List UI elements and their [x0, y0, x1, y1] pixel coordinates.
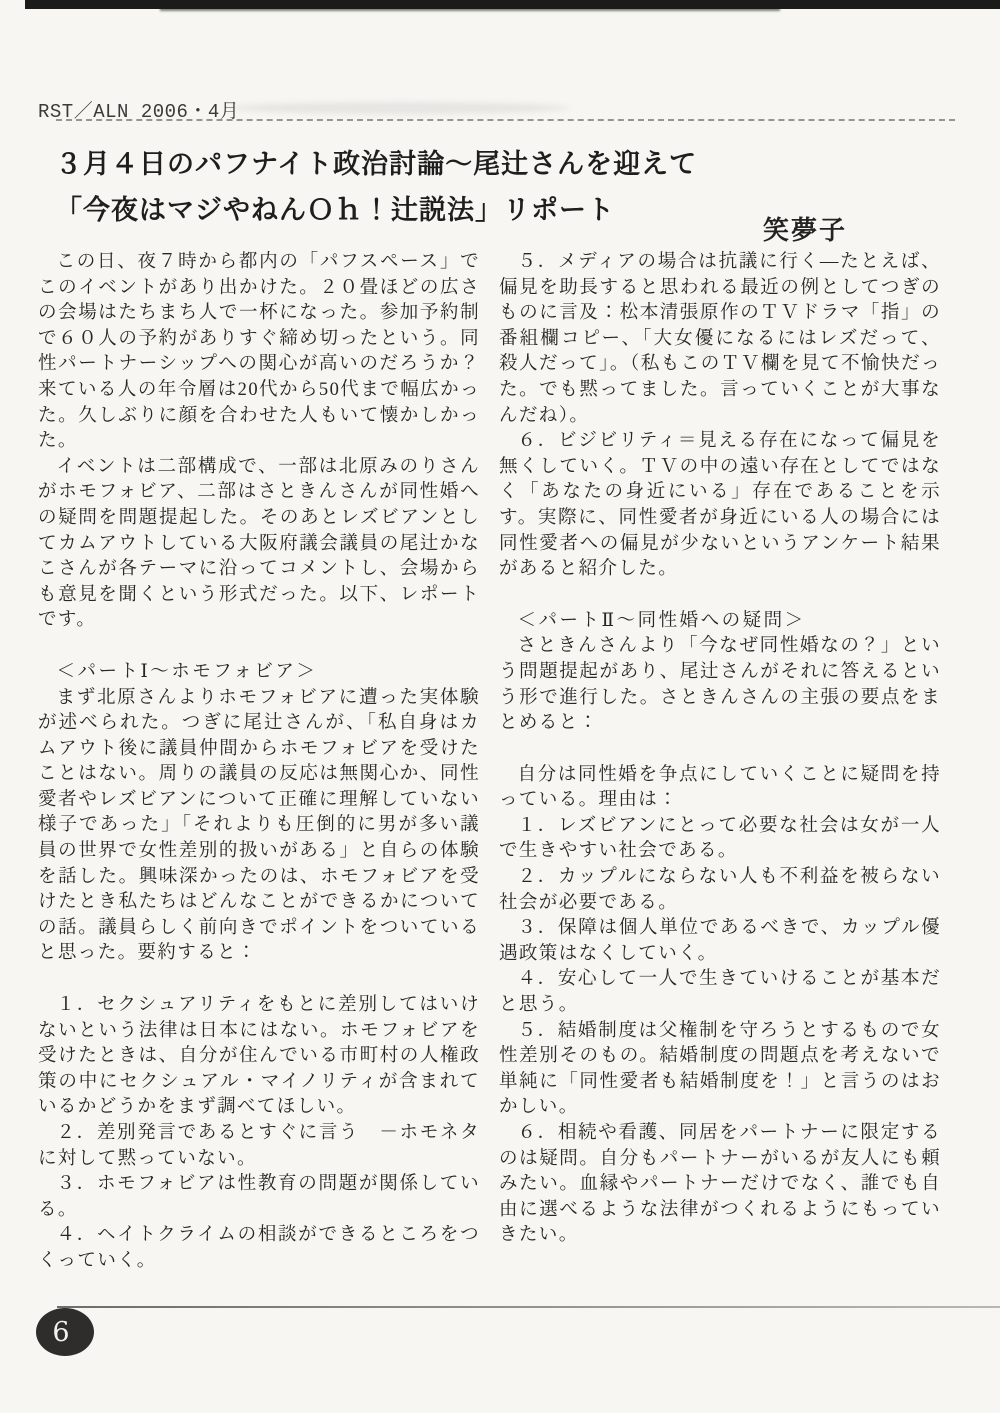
list-item: ５．結婚制度は父権制を守ろうとするもので女性差別そのもの。結婚制度の問題点を考え… [499, 1019, 941, 1121]
list-item: ２．差別発言であるとすぐに言う －ホモネタに対して黙っていない。 [38, 1121, 480, 1172]
list-item: ５．メディアの場合は抗議に行く―たとえば、偏見を助長すると思われる最近の例として… [499, 250, 941, 429]
paragraph: この日、夜７時から都内の「パフスペース」でこのイベントがあり出かけた。２０畳ほど… [38, 250, 480, 455]
left-column: この日、夜７時から都内の「パフスペース」でこのイベントがあり出かけた。２０畳ほど… [38, 250, 480, 1275]
article-title: ３月４日のパフナイト政治討論～尾辻さんを迎えて 「今夜はマジやねんＯｈ！辻説法」… [55, 141, 697, 233]
list-item: ３．ホモフォビアは性教育の問題が関係している。 [38, 1172, 480, 1223]
list-item: ４．ヘイトクライムの相談ができるところをつくっていく。 [38, 1223, 480, 1274]
paragraph: さときんさんより「今なぜ同性婚なの？」という問題提起があり、尾辻さんがそれに答え… [499, 634, 941, 736]
article-title-line2: 「今夜はマジやねんＯｈ！辻説法」リポート [55, 187, 697, 233]
page-number-badge: 6 [36, 1308, 94, 1356]
paragraph: イベントは二部構成で、一部は北原みのりさんがホモフォビア、二部はさときんさんが同… [38, 455, 480, 634]
list-item: ４．安心して一人で生きていけることが基本だと思う。 [499, 967, 941, 1018]
paragraph: まず北原さんよりホモフォビアに遭った実体験が述べられた。つぎに尾辻さんが、「私自… [38, 686, 480, 968]
list-item: ３．保障は個人単位であるべきで、カップル優遇政策はなくしていく。 [499, 916, 941, 967]
footer-rule [57, 1306, 1000, 1308]
list-item: １．レズビアンにとって必要な社会は女が一人で生きやすい社会である。 [499, 814, 941, 865]
list-item: ６．相続や看護、同居をパートナーに限定するのは疑問。自分もパートナーがいるが友人… [499, 1121, 941, 1249]
scan-edge-artifact [160, 7, 780, 11]
section-heading-part1: ＜パートⅠ～ホモフォビア＞ [38, 660, 480, 686]
scanned-document-page: { "header": { "publication": "RST／ALN 20… [0, 0, 1000, 1413]
scan-smudge [230, 102, 570, 114]
list-item: ２．カップルにならない人も不利益を被らない社会が必要である。 [499, 865, 941, 916]
paragraph: 自分は同性婚を争点にしていくことに疑問を持っている。理由は： [499, 763, 941, 814]
page-number: 6 [52, 1317, 69, 1348]
article-title-line1: ３月４日のパフナイト政治討論～尾辻さんを迎えて [55, 141, 697, 187]
list-item: ６．ビジビリティ＝見える存在になって偏見を無くしていく。ＴＶの中の遠い存在として… [499, 429, 941, 583]
section-heading-part2: ＜パートⅡ～同性婚への疑問＞ [499, 609, 941, 635]
right-column: ５．メディアの場合は抗議に行く―たとえば、偏見を助長すると思われる最近の例として… [499, 250, 941, 1249]
header-divider [56, 119, 955, 121]
list-item: １．セクシュアリティをもとに差別してはいけないという法律は日本にはない。ホモフォ… [38, 993, 480, 1121]
author-name: 笑夢子 [763, 210, 847, 247]
